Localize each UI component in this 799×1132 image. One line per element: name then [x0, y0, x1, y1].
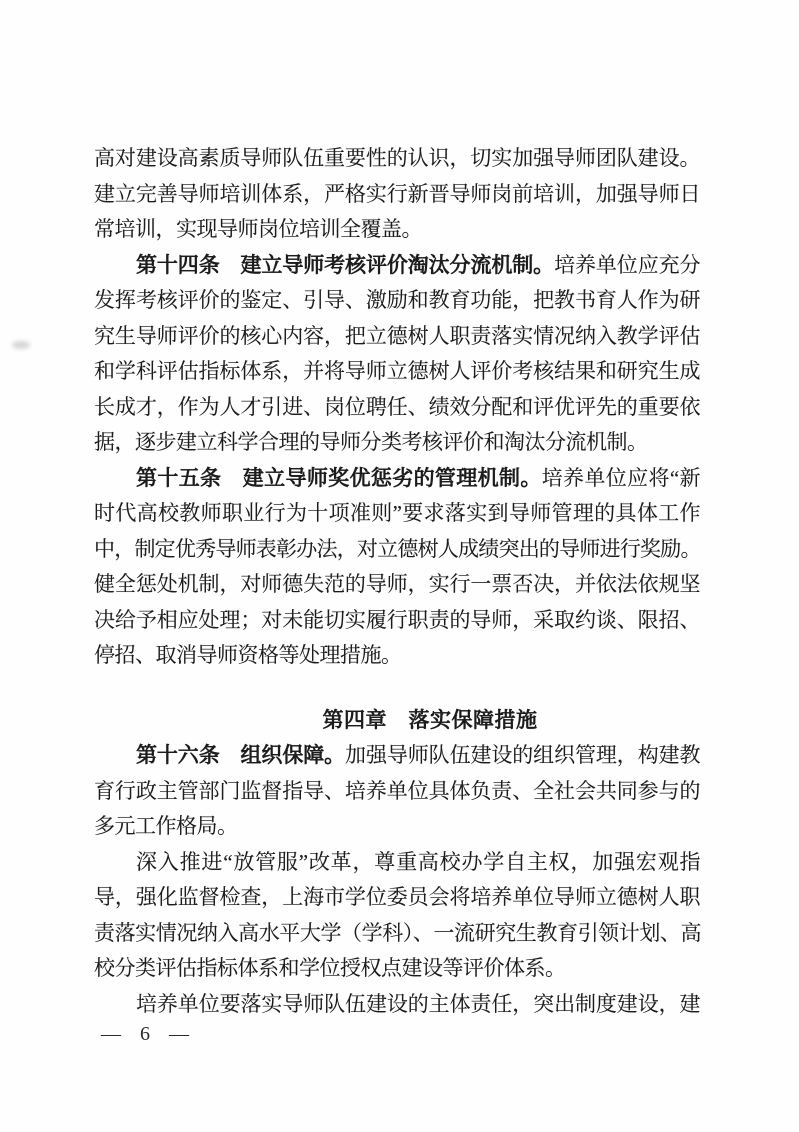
text-line: 常培训，实现导师岗位培训全覆盖。 — [94, 212, 700, 248]
text-line: 发挥考核评价的鉴定、引导、激励和教育功能，把教书育人作为研 — [94, 283, 700, 319]
text-line: 责落实情况纳入高水平大学（学科）、一流研究生教育引领计划、高 — [94, 916, 700, 952]
page-number: — 6 — — [101, 1023, 196, 1046]
text-line: 第十四条 建立导师考核评价淘汰分流机制。培养单位应充分 — [94, 248, 700, 284]
text-segment: 健全惩处机制，对师德失范的导师，实行一票否决，并依法依规坚 — [94, 572, 700, 596]
text-segment: 加强导师队伍建设的组织管理，构建教 — [345, 743, 700, 767]
text-segment: 长成才，作为人才引进、岗位聘任、绩效分配和评优评先的重要依 — [94, 395, 700, 419]
text-line: 高对建设高素质导师队伍重要性的认识，切实加强导师团队建设。 — [94, 141, 700, 177]
text-segment: 培养单位要落实导师队伍建设的主体责任，突出制度建设，建 — [136, 992, 700, 1016]
text-segment: 决给予相应处理；对未能切实履行职责的导师，采取约谈、限招、 — [94, 608, 700, 632]
text-line: 中，制定优秀导师表彰办法，对立德树人成绩突出的导师进行奖励。 — [94, 532, 700, 568]
text-segment: 发挥考核评价的鉴定、引导、激励和教育功能，把教书育人作为研 — [94, 288, 700, 312]
bold-text-segment: 第十五条 建立导师奖优惩劣的管理机制。 — [136, 466, 542, 490]
text-segment: 和学科评估指标体系，并将导师立德树人评价考核结果和研究生成 — [94, 359, 700, 383]
text-line: 多元工作格局。 — [94, 809, 700, 845]
text-segment: 责落实情况纳入高水平大学（学科）、一流研究生教育引领计划、高 — [94, 921, 700, 945]
text-segment: 中，制定优秀导师表彰办法，对立德树人成绩突出的导师进行奖励。 — [94, 537, 700, 561]
text-line: 建立完善导师培训体系，严格实行新晋导师岗前培训，加强导师日 — [94, 177, 700, 213]
text-line: 究生导师评价的核心内容，把立德树人职责落实情况纳入教学评估 — [94, 319, 700, 355]
scan-smudge-mark — [12, 341, 30, 349]
bold-text-segment: 第十六条 组织保障。 — [136, 743, 345, 767]
text-segment: 高对建设高素质导师队伍重要性的认识，切实加强导师团队建设。 — [94, 146, 700, 170]
text-segment: 育行政主管部门监督指导、培养单位具体负责、全社会共同参与的 — [94, 779, 700, 803]
text-line: 导，强化监督检查，上海市学位委员会将培养单位导师立德树人职 — [94, 880, 700, 916]
text-segment: 校分类评估指标体系和学位授权点建设等评价体系。 — [94, 956, 566, 980]
text-line: 据，逐步建立科学合理的导师分类考核评价和淘汰分流机制。 — [94, 425, 700, 461]
text-segment: 培养单位应将“新 — [542, 466, 700, 490]
bold-text-segment: 第四章 落实保障措施 — [323, 708, 538, 732]
text-segment: 常培训，实现导师岗位培训全覆盖。 — [94, 217, 422, 241]
text-segment: 深入推进“放管服”改革，尊重高校办学自主权，加强宏观指 — [136, 850, 700, 874]
text-line: 停招、取消导师资格等处理措施。 — [94, 638, 700, 674]
bold-text-segment: 第十四条 建立导师考核评价淘汰分流机制。 — [136, 253, 554, 277]
text-line: 时代高校教师职业行为十项准则”要求落实到导师管理的具体工作 — [94, 496, 700, 532]
text-line: 第十五条 建立导师奖优惩劣的管理机制。培养单位应将“新 — [94, 461, 700, 497]
text-segment: 据，逐步建立科学合理的导师分类考核评价和淘汰分流机制。 — [94, 430, 648, 454]
text-segment: 建立完善导师培训体系，严格实行新晋导师岗前培训，加强导师日 — [94, 182, 700, 206]
text-segment: 导，强化监督检查，上海市学位委员会将培养单位导师立德树人职 — [94, 885, 700, 909]
text-segment: 停招、取消导师资格等处理措施。 — [94, 643, 402, 667]
text-line: 育行政主管部门监督指导、培养单位具体负责、全社会共同参与的 — [94, 774, 700, 810]
text-line: 健全惩处机制，对师德失范的导师，实行一票否决，并依法依规坚 — [94, 567, 700, 603]
text-segment: 究生导师评价的核心内容，把立德树人职责落实情况纳入教学评估 — [94, 324, 700, 348]
chapter-heading: 第四章 落实保障措施 — [127, 703, 733, 739]
text-line: 长成才，作为人才引进、岗位聘任、绩效分配和评优评先的重要依 — [94, 390, 700, 426]
text-segment: 时代高校教师职业行为十项准则”要求落实到导师管理的具体工作 — [94, 501, 700, 525]
document-page: 高对建设高素质导师队伍重要性的认识，切实加强导师团队建设。建立完善导师培训体系，… — [0, 0, 799, 1132]
text-line: 培养单位要落实导师队伍建设的主体责任，突出制度建设，建 — [94, 987, 700, 1023]
text-line: 和学科评估指标体系，并将导师立德树人评价考核结果和研究生成 — [94, 354, 700, 390]
text-segment: 多元工作格局。 — [94, 814, 238, 838]
text-block: 高对建设高素质导师队伍重要性的认识，切实加强导师团队建设。建立完善导师培训体系，… — [94, 141, 700, 1022]
text-line: 校分类评估指标体系和学位授权点建设等评价体系。 — [94, 951, 700, 987]
text-line: 决给予相应处理；对未能切实履行职责的导师，采取约谈、限招、 — [94, 603, 700, 639]
text-line: 第十六条 组织保障。加强导师队伍建设的组织管理，构建教 — [94, 738, 700, 774]
text-segment: 培养单位应充分 — [554, 253, 700, 277]
text-line: 深入推进“放管服”改革，尊重高校办学自主权，加强宏观指 — [94, 845, 700, 881]
